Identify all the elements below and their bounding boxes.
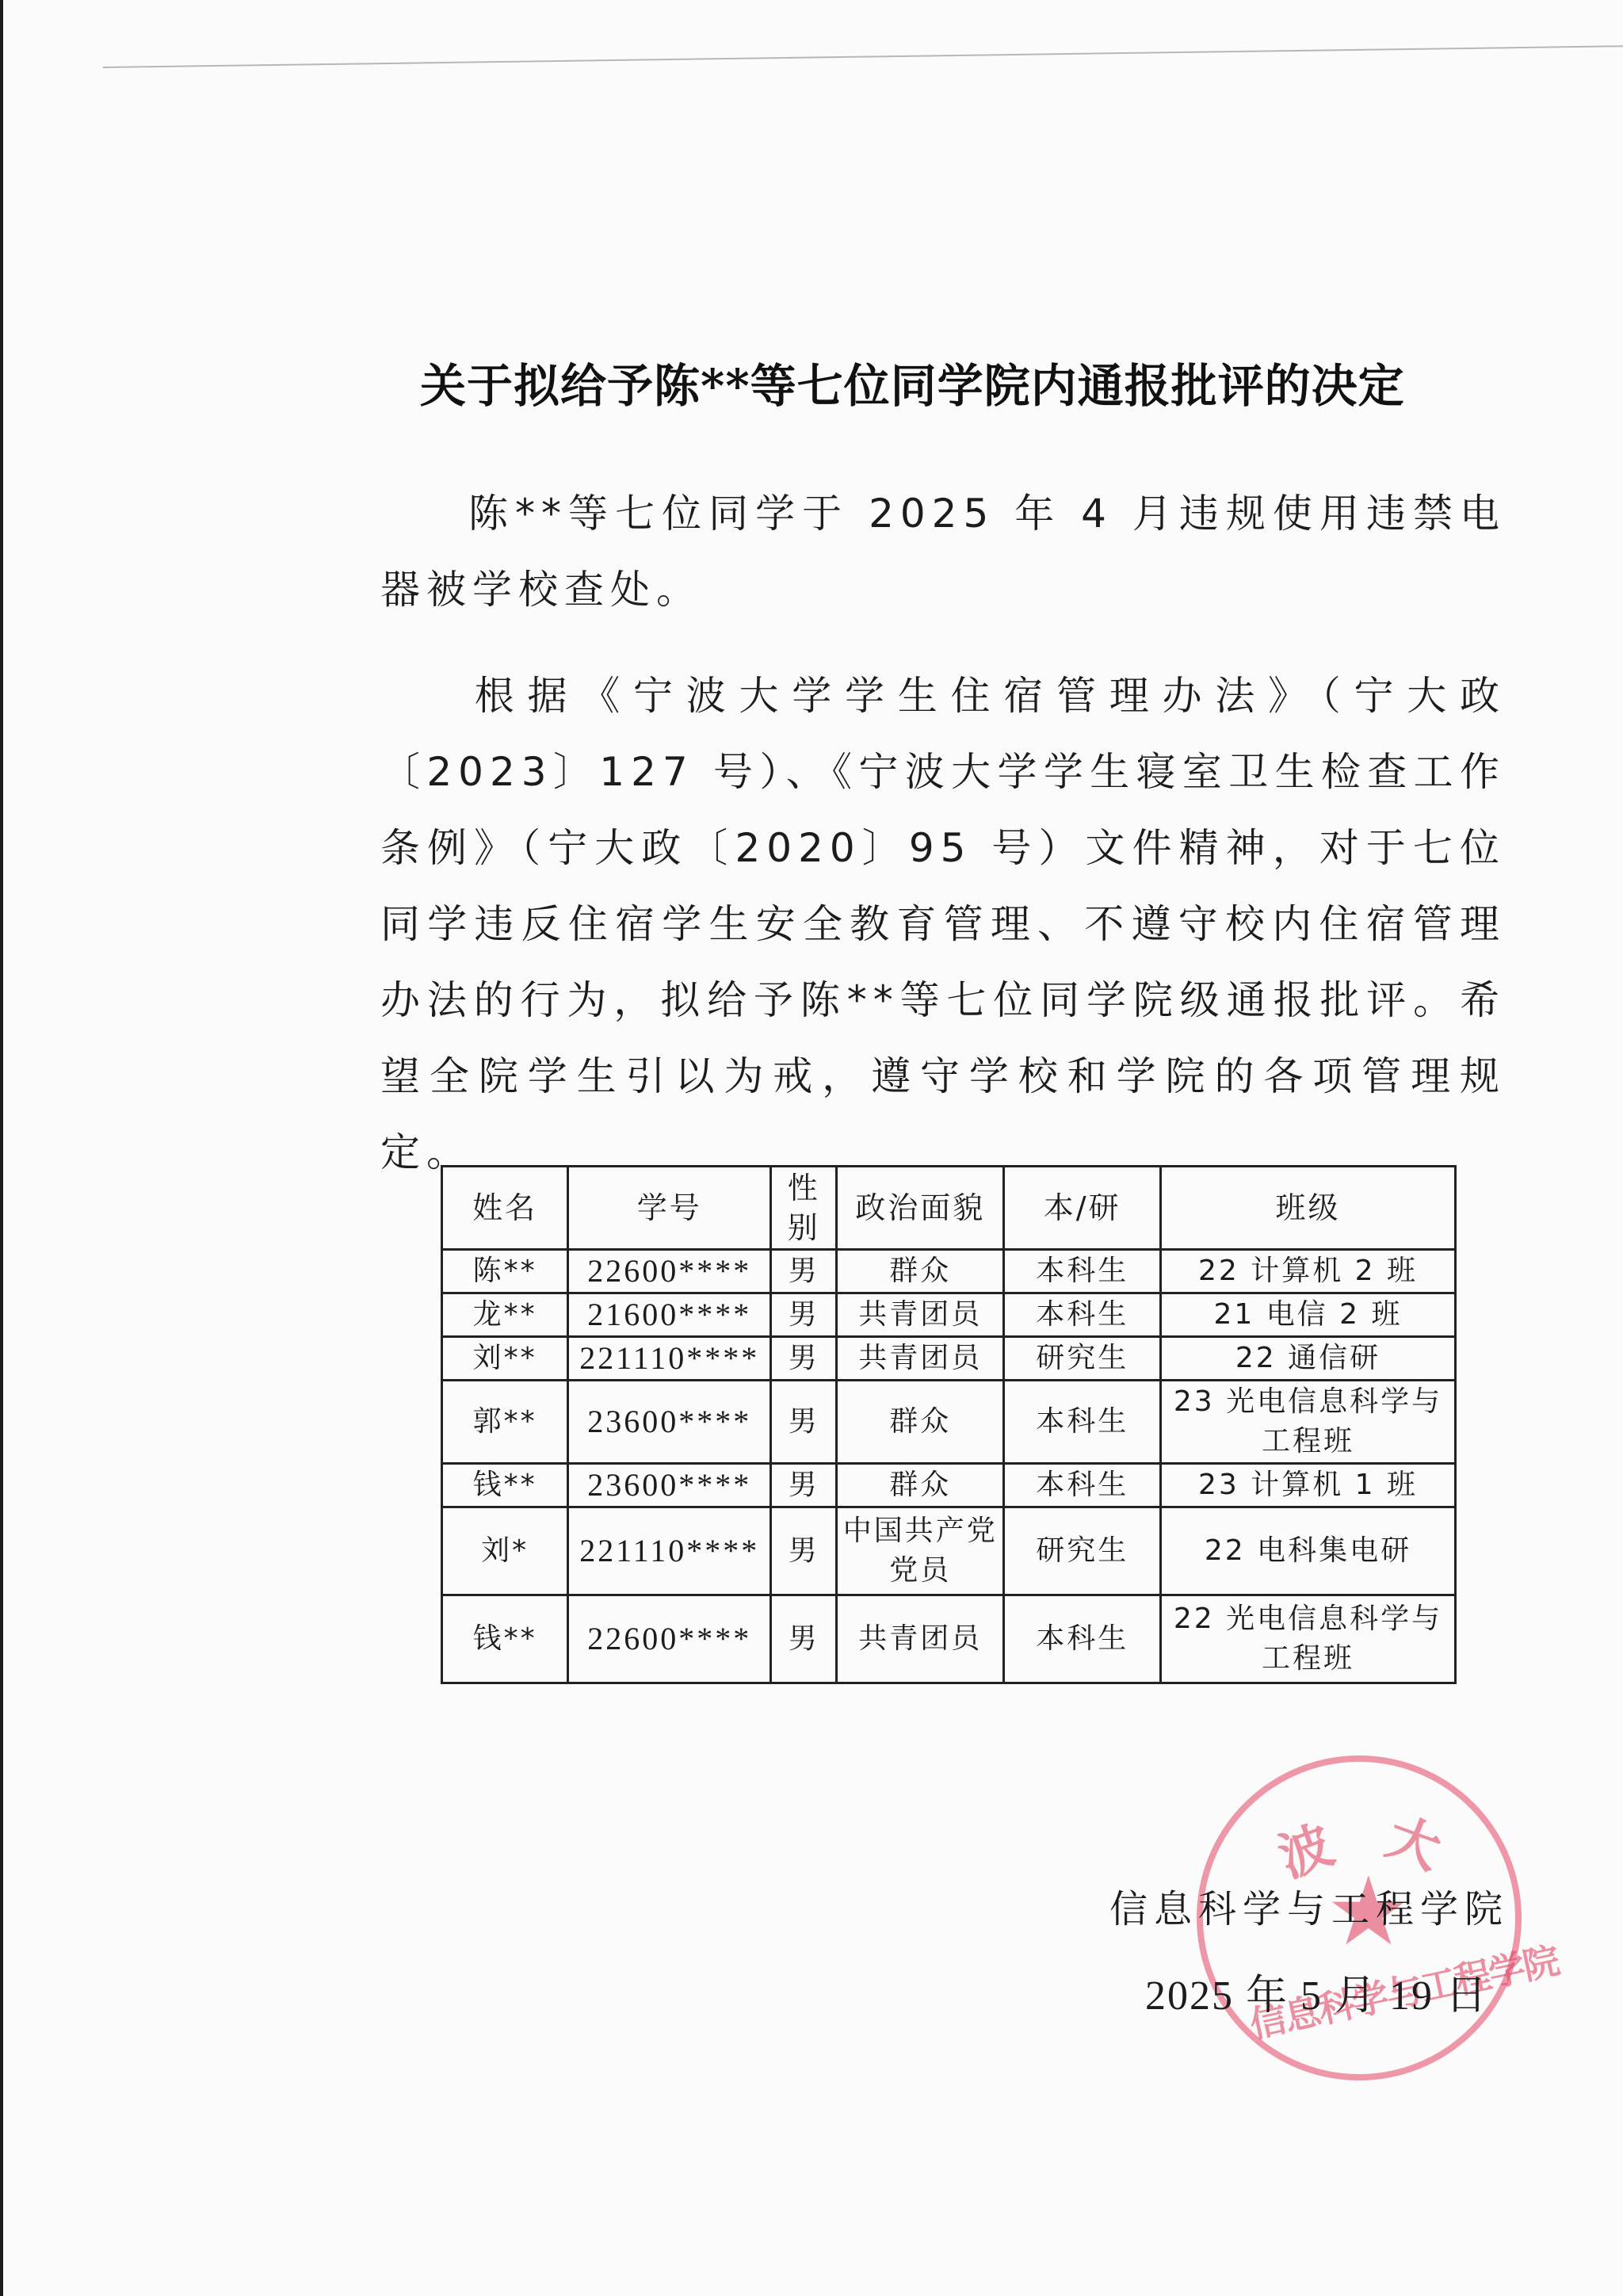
cell-class: 21 电信 2 班 (1160, 1293, 1455, 1337)
table-row: 钱** 23600**** 男 群众 本科生 23 计算机 1 班 (442, 1464, 1456, 1507)
header-level: 本/研 (1004, 1167, 1161, 1250)
table-row: 钱** 22600**** 男 共青团员 本科生 22 光电信息科学与工程班 (442, 1595, 1456, 1683)
cell-name: 陈** (442, 1250, 568, 1293)
cell-student-id: 22600**** (568, 1250, 771, 1293)
cell-gender: 男 (771, 1381, 837, 1464)
header-political-status: 政治面貌 (837, 1167, 1004, 1250)
cell-level: 研究生 (1004, 1337, 1161, 1381)
cell-name: 钱** (442, 1595, 568, 1683)
cell-student-id: 221110**** (568, 1337, 771, 1381)
signing-date: 2025 年 5 月 19 日 (1145, 1962, 1488, 2021)
cell-political-status: 共青团员 (837, 1293, 1004, 1337)
cell-political-status: 共青团员 (837, 1595, 1004, 1683)
cell-student-id: 21600**** (568, 1293, 771, 1337)
scan-edge-shadow (0, 0, 3, 2296)
paragraph-decision: 根据《宁波大学学生住宿管理办法》（宁大政〔2023〕127 号）、《宁波大学学生… (380, 658, 1506, 1190)
paragraph-incident-text: 陈**等七位同学于 2025 年 4 月违规使用违禁电器被学校查处。 (380, 491, 1506, 613)
table-row: 刘* 221110**** 男 中国共产党党员 研究生 22 电科集电研 (442, 1507, 1456, 1595)
cell-level: 本科生 (1004, 1381, 1161, 1464)
cell-name: 刘* (442, 1507, 568, 1595)
cell-class: 23 计算机 1 班 (1160, 1464, 1455, 1507)
cell-name: 刘** (442, 1337, 568, 1381)
cell-level: 本科生 (1004, 1595, 1161, 1683)
table-row: 陈** 22600**** 男 群众 本科生 22 计算机 2 班 (442, 1250, 1456, 1293)
header-student-id: 学号 (568, 1167, 771, 1250)
cell-political-status: 群众 (837, 1381, 1004, 1464)
paragraph-incident: 陈**等七位同学于 2025 年 4 月违规使用违禁电器被学校查处。 (380, 476, 1506, 628)
cell-gender: 男 (771, 1507, 837, 1595)
header-class: 班级 (1160, 1167, 1455, 1250)
cell-political-status: 群众 (837, 1464, 1004, 1507)
cell-political-status: 共青团员 (837, 1337, 1004, 1381)
header-gender: 性别 (771, 1167, 837, 1250)
signing-organization: 信息科学与工程学院 (1109, 1878, 1509, 1933)
document-title: 关于拟给予陈**等七位同学院内通报批评的决定 (420, 349, 1466, 415)
student-roster-table: 姓名 学号 性别 政治面貌 本/研 班级 陈** 22600**** 男 群众 … (441, 1165, 1457, 1684)
cell-gender: 男 (771, 1464, 837, 1507)
table-row: 龙** 21600**** 男 共青团员 本科生 21 电信 2 班 (442, 1293, 1456, 1337)
cell-student-id: 23600**** (568, 1464, 771, 1507)
cell-gender: 男 (771, 1595, 837, 1683)
cell-gender: 男 (771, 1337, 837, 1381)
cell-class: 22 电科集电研 (1160, 1507, 1455, 1595)
paragraph-decision-text: 根据《宁波大学学生住宿管理办法》（宁大政〔2023〕127 号）、《宁波大学学生… (380, 673, 1506, 1175)
cell-name: 郭** (442, 1381, 568, 1464)
header-gender-line2: 别 (788, 1210, 820, 1245)
table-row: 刘** 221110**** 男 共青团员 研究生 22 通信研 (442, 1337, 1456, 1381)
cell-class: 22 计算机 2 班 (1160, 1250, 1455, 1293)
cell-student-id: 23600**** (568, 1381, 771, 1464)
cell-student-id: 221110**** (568, 1507, 771, 1595)
cell-political-status: 群众 (837, 1250, 1004, 1293)
cell-gender: 男 (771, 1293, 837, 1337)
header-gender-line1: 性 (788, 1171, 820, 1205)
scan-artifact-line (103, 45, 1623, 68)
cell-level: 本科生 (1004, 1250, 1161, 1293)
table-row: 郭** 23600**** 男 群众 本科生 23 光电信息科学与工程班 (442, 1381, 1456, 1464)
cell-class: 22 通信研 (1160, 1337, 1455, 1381)
table-header-row: 姓名 学号 性别 政治面貌 本/研 班级 (442, 1167, 1456, 1250)
cell-class: 22 光电信息科学与工程班 (1160, 1595, 1455, 1683)
cell-level: 研究生 (1004, 1507, 1161, 1595)
cell-class: 23 光电信息科学与工程班 (1160, 1381, 1455, 1464)
cell-gender: 男 (771, 1250, 837, 1293)
cell-level: 本科生 (1004, 1293, 1161, 1337)
header-name: 姓名 (442, 1167, 568, 1250)
cell-name: 龙** (442, 1293, 568, 1337)
cell-student-id: 22600**** (568, 1595, 771, 1683)
cell-political-status: 中国共产党党员 (837, 1507, 1004, 1595)
cell-name: 钱** (442, 1464, 568, 1507)
cell-level: 本科生 (1004, 1464, 1161, 1507)
